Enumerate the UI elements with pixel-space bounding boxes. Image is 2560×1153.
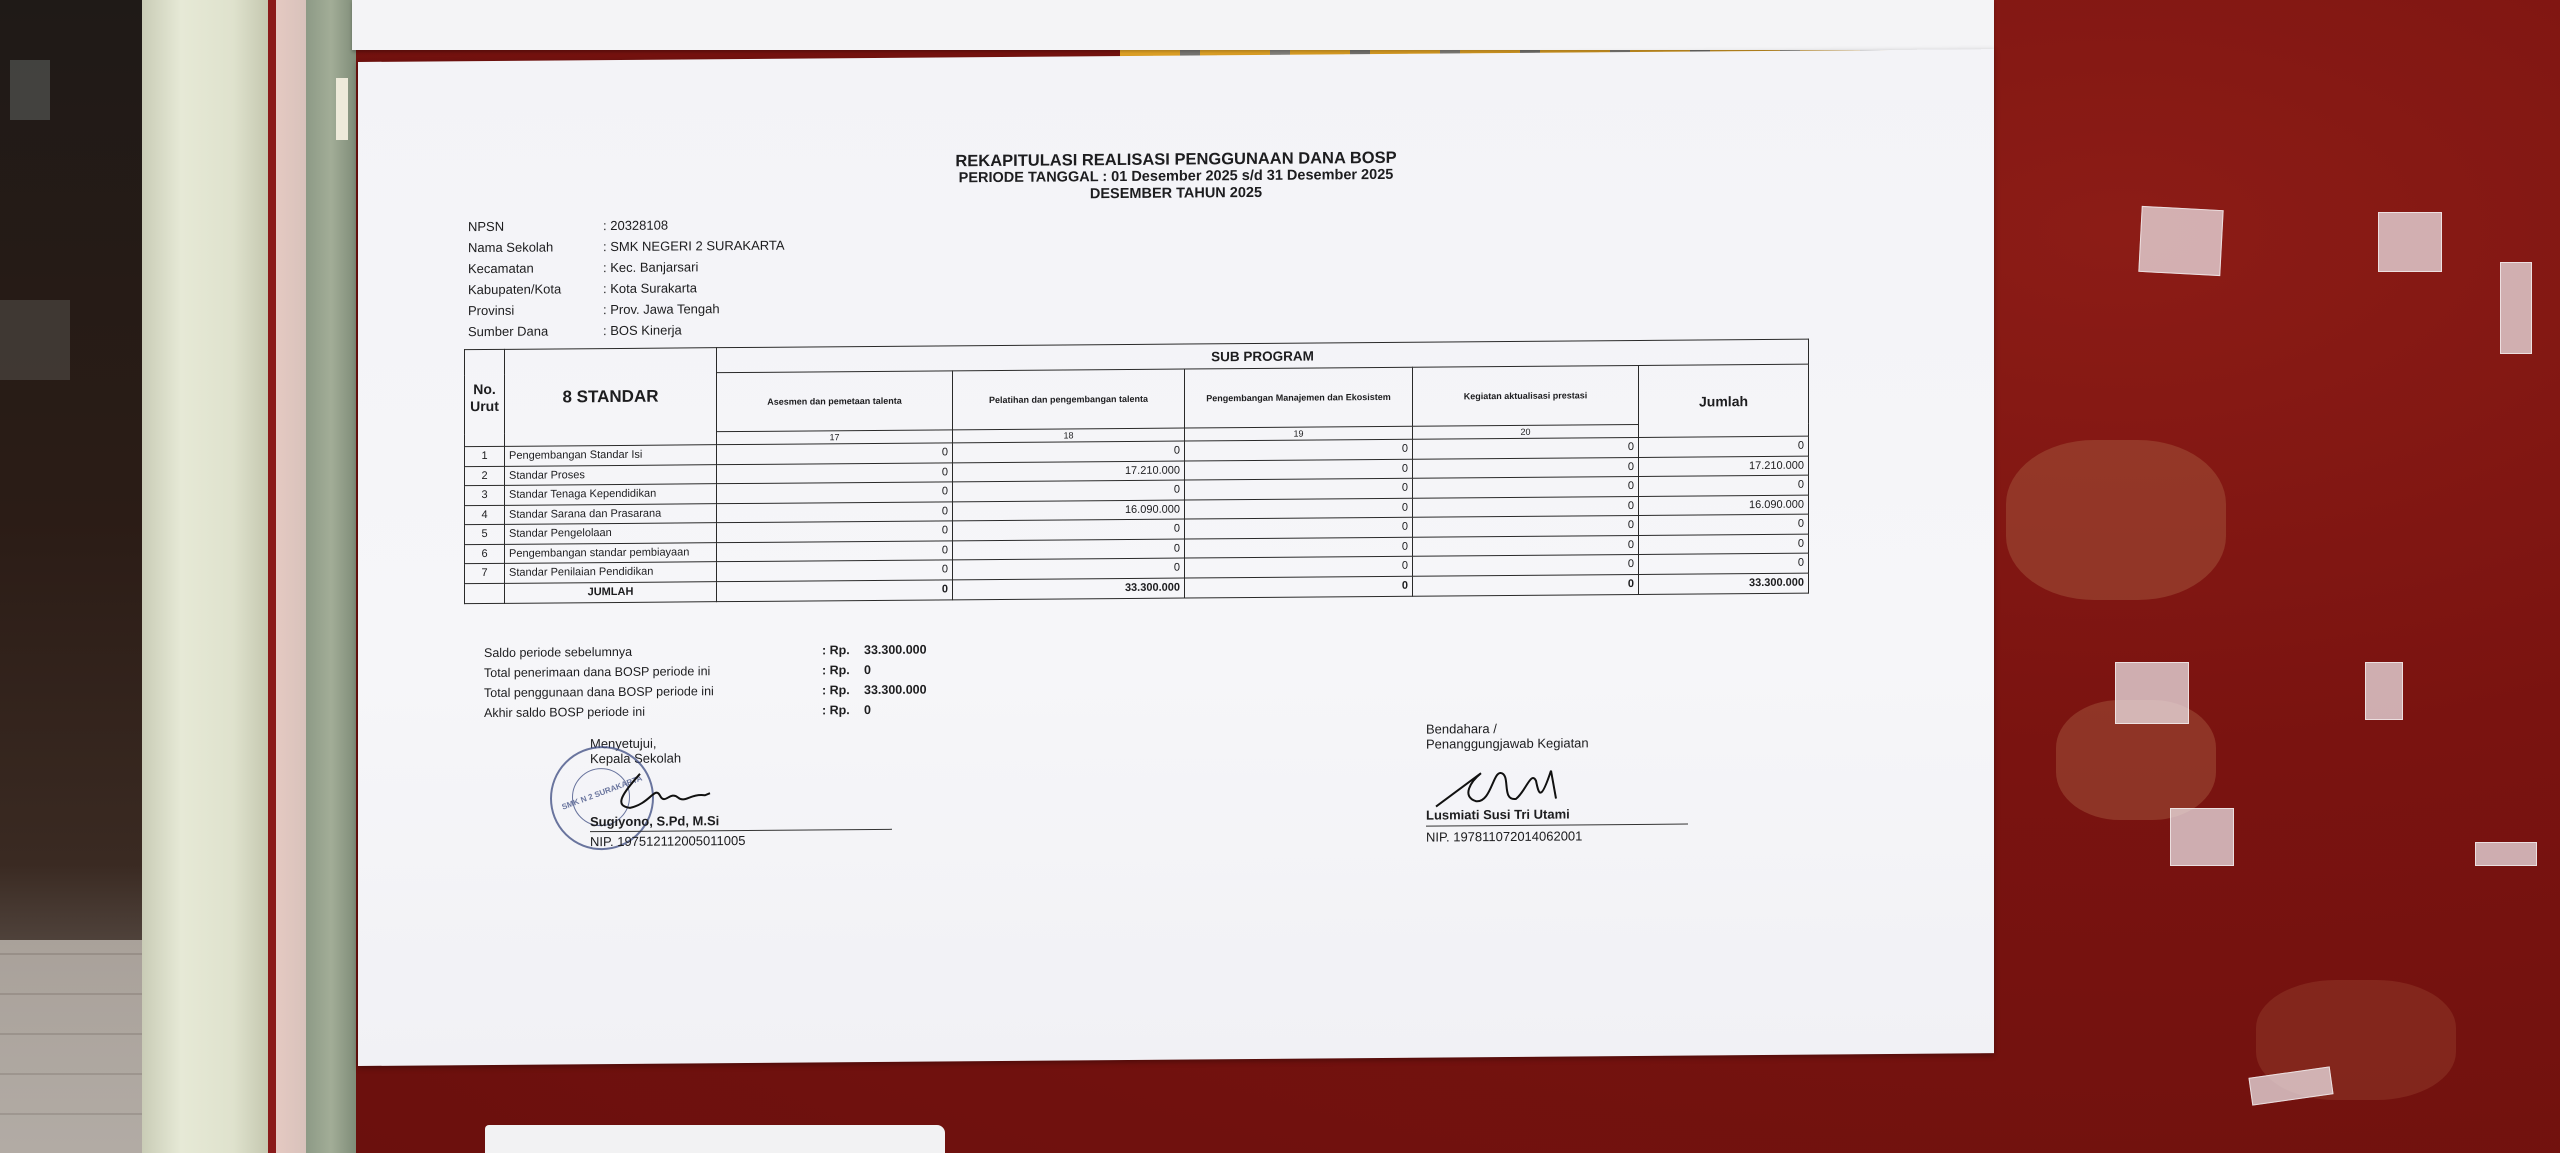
school-info: NPSN 20328108 Nama Sekolah SMK NEGERI 2 … (468, 214, 785, 342)
fund-summary: Saldo periode sebelumnya Rp. 33.300.000 … (484, 640, 927, 723)
amount-cell: 0 (1185, 498, 1413, 519)
amount-cell: 0 (717, 482, 953, 503)
amount-cell: 17.210.000 (953, 461, 1185, 482)
info-row-fund-source: Sumber Dana BOS Kinerja (468, 319, 785, 342)
standard-name: Pengembangan standar pembiayaan (505, 542, 717, 563)
row-number: 2 (465, 466, 505, 486)
tape-piece (2365, 662, 2403, 720)
amount-cell: 0 (953, 558, 1185, 579)
amount-cell: 0 (1185, 459, 1413, 480)
summary-value: 33.300.000 (864, 643, 927, 657)
row-number: 5 (465, 524, 505, 544)
amount-cell: 0 (1185, 556, 1413, 577)
frame-edge (268, 0, 276, 1153)
info-value: Prov. Jawa Tengah (603, 301, 720, 317)
row-total: 0 (1639, 534, 1809, 555)
info-row-district: Kecamatan Kec. Banjarsari (468, 256, 785, 279)
row-total: 0 (1639, 514, 1809, 535)
summary-currency: Rp. (822, 683, 864, 697)
report-paper: REKAPITULASI REALISASI PENGGUNAAN DANA B… (358, 49, 1994, 1066)
report-header: REKAPITULASI REALISASI PENGGUNAAN DANA B… (358, 144, 1994, 209)
row-total: 0 (1639, 553, 1809, 574)
info-label: NPSN (468, 218, 603, 234)
treasurer-nip: NIP. 197811072014062001 (1426, 828, 1582, 844)
treasurer-title-line1: Bendahara / (1426, 720, 1589, 736)
summary-value: 0 (864, 703, 871, 717)
standard-name: Pengembangan Standar Isi (505, 445, 717, 466)
info-label: Kabupaten/Kota (468, 281, 603, 297)
summary-value: 33.300.000 (864, 683, 927, 697)
principal-nip: NIP. 197512112005011005 (590, 833, 745, 849)
summary-currency: Rp. (822, 703, 864, 717)
amount-cell: 0 (1413, 515, 1639, 536)
total-label: JUMLAH (505, 581, 717, 603)
tape-piece (336, 78, 348, 140)
amount-cell: 0 (1413, 496, 1639, 517)
standard-name: Standar Penilaian Pendidikan (505, 562, 717, 583)
tape-piece (2500, 262, 2532, 354)
total-amount-cell: 33.300.000 (953, 578, 1185, 600)
amount-cell: 0 (953, 539, 1185, 560)
amount-cell: 0 (1185, 439, 1413, 460)
info-row-school-name: Nama Sekolah SMK NEGERI 2 SURAKARTA (468, 235, 785, 258)
summary-label: Saldo periode sebelumnya (484, 643, 822, 660)
amount-cell: 0 (1413, 476, 1639, 497)
summary-label: Total penerimaan dana BOSP periode ini (484, 663, 822, 680)
principal-name: Sugiyono, S.Pd, M.Si (590, 813, 719, 829)
header-sub-program-20: Kegiatan aktualisasi prestasi (1413, 365, 1639, 426)
row-number: 1 (465, 446, 505, 466)
amount-cell: 0 (717, 501, 953, 522)
treasurer-signature (1431, 760, 1581, 811)
header-sub-program-19: Pengembangan Manajemen dan Ekosistem (1185, 367, 1413, 428)
amount-cell: 0 (717, 540, 953, 561)
standard-name: Standar Proses (505, 464, 717, 485)
light-reflection (2006, 440, 2226, 600)
amount-cell: 0 (1413, 457, 1639, 478)
summary-label: Akhir saldo BOSP periode ini (484, 703, 822, 720)
info-label: Provinsi (468, 302, 603, 318)
amount-cell: 0 (1413, 535, 1639, 556)
table-body: 1Pengembangan Standar Isi000002Standar P… (465, 436, 1809, 603)
standard-name: Standar Sarana dan Prasarana (505, 503, 717, 524)
door-frame (142, 0, 272, 1153)
amount-cell: 0 (1413, 437, 1639, 458)
info-label: Sumber Dana (468, 323, 603, 339)
row-number: 6 (465, 544, 505, 564)
amount-cell: 0 (1185, 478, 1413, 499)
recap-table: No. Urut 8 STANDAR SUB PROGRAM Asesmen d… (464, 339, 1809, 604)
row-total: 17.210.000 (1639, 456, 1809, 477)
row-number: 7 (465, 563, 505, 583)
amount-cell: 0 (953, 480, 1185, 501)
signature-block-treasurer: Bendahara / Penanggungjawab Kegiatan Lus… (1426, 720, 1589, 751)
treasurer-name: Lusmiati Susi Tri Utami (1426, 806, 1570, 822)
total-row-number (465, 583, 505, 603)
header-no: No. Urut (465, 349, 505, 446)
grand-total: 33.300.000 (1639, 573, 1809, 594)
summary-currency: Rp. (822, 663, 864, 677)
info-row-province: Provinsi Prov. Jawa Tengah (468, 298, 785, 321)
paper-scrap (485, 1125, 945, 1153)
info-row-city: Kabupaten/Kota Kota Surakarta (468, 277, 785, 300)
summary-row: Akhir saldo BOSP periode ini Rp. 0 (484, 700, 927, 723)
principal-signature (610, 765, 720, 816)
amount-cell: 0 (953, 441, 1185, 462)
standard-name: Standar Tenaga Kependidikan (505, 484, 717, 505)
amount-cell: 0 (717, 443, 953, 464)
row-total: 0 (1639, 436, 1809, 457)
amount-cell: 0 (1185, 517, 1413, 538)
upper-paper-sheet (352, 0, 1994, 50)
amount-cell: 0 (717, 560, 953, 581)
info-label: Nama Sekolah (468, 239, 603, 255)
tape-piece (2115, 662, 2189, 724)
info-value: Kota Surakarta (603, 280, 697, 296)
info-value: Kec. Banjarsari (603, 259, 698, 275)
amount-cell: 0 (953, 519, 1185, 540)
summary-currency: Rp. (822, 643, 864, 657)
row-total: 16.090.000 (1639, 495, 1809, 516)
standard-name: Standar Pengelolaan (505, 523, 717, 544)
info-label: Kecamatan (468, 260, 603, 276)
amount-cell: 0 (717, 462, 953, 483)
total-amount-cell: 0 (1185, 576, 1413, 598)
window-reflection (0, 300, 70, 380)
header-standard: 8 STANDAR (505, 348, 717, 447)
total-amount-cell: 0 (717, 579, 953, 601)
header-sub-program-18: Pelatihan dan pengembangan talenta (953, 369, 1185, 430)
summary-value: 0 (864, 663, 871, 677)
info-row-npsn: NPSN 20328108 (468, 214, 785, 237)
header-total: Jumlah (1639, 364, 1809, 437)
info-value: BOS Kinerja (603, 322, 682, 338)
tape-piece (2138, 206, 2223, 276)
row-number: 3 (465, 485, 505, 505)
info-value: 20328108 (603, 218, 668, 234)
treasurer-title-line2: Penanggungjawab Kegiatan (1426, 735, 1589, 751)
header-sub-program-17: Asesmen dan pemetaan talenta (717, 371, 953, 432)
amount-cell: 16.090.000 (953, 500, 1185, 521)
amount-cell: 0 (1185, 537, 1413, 558)
total-amount-cell: 0 (1413, 574, 1639, 596)
window-reflection (10, 60, 50, 120)
signature-block-principal: SMK N 2 SURAKARTA Menyetujui, Kepala Sek… (590, 735, 681, 766)
frame-edge (276, 0, 306, 1153)
tape-piece (2378, 212, 2442, 272)
tape-piece (2475, 842, 2537, 866)
amount-cell: 0 (1413, 554, 1639, 575)
row-total: 0 (1639, 475, 1809, 496)
amount-cell: 0 (717, 521, 953, 542)
tape-piece (2170, 808, 2234, 866)
summary-label: Total penggunaan dana BOSP periode ini (484, 683, 822, 700)
glass-frame (306, 0, 356, 1153)
info-value: SMK NEGERI 2 SURAKARTA (603, 238, 785, 254)
signature-line (1426, 824, 1688, 827)
row-number: 4 (465, 505, 505, 525)
